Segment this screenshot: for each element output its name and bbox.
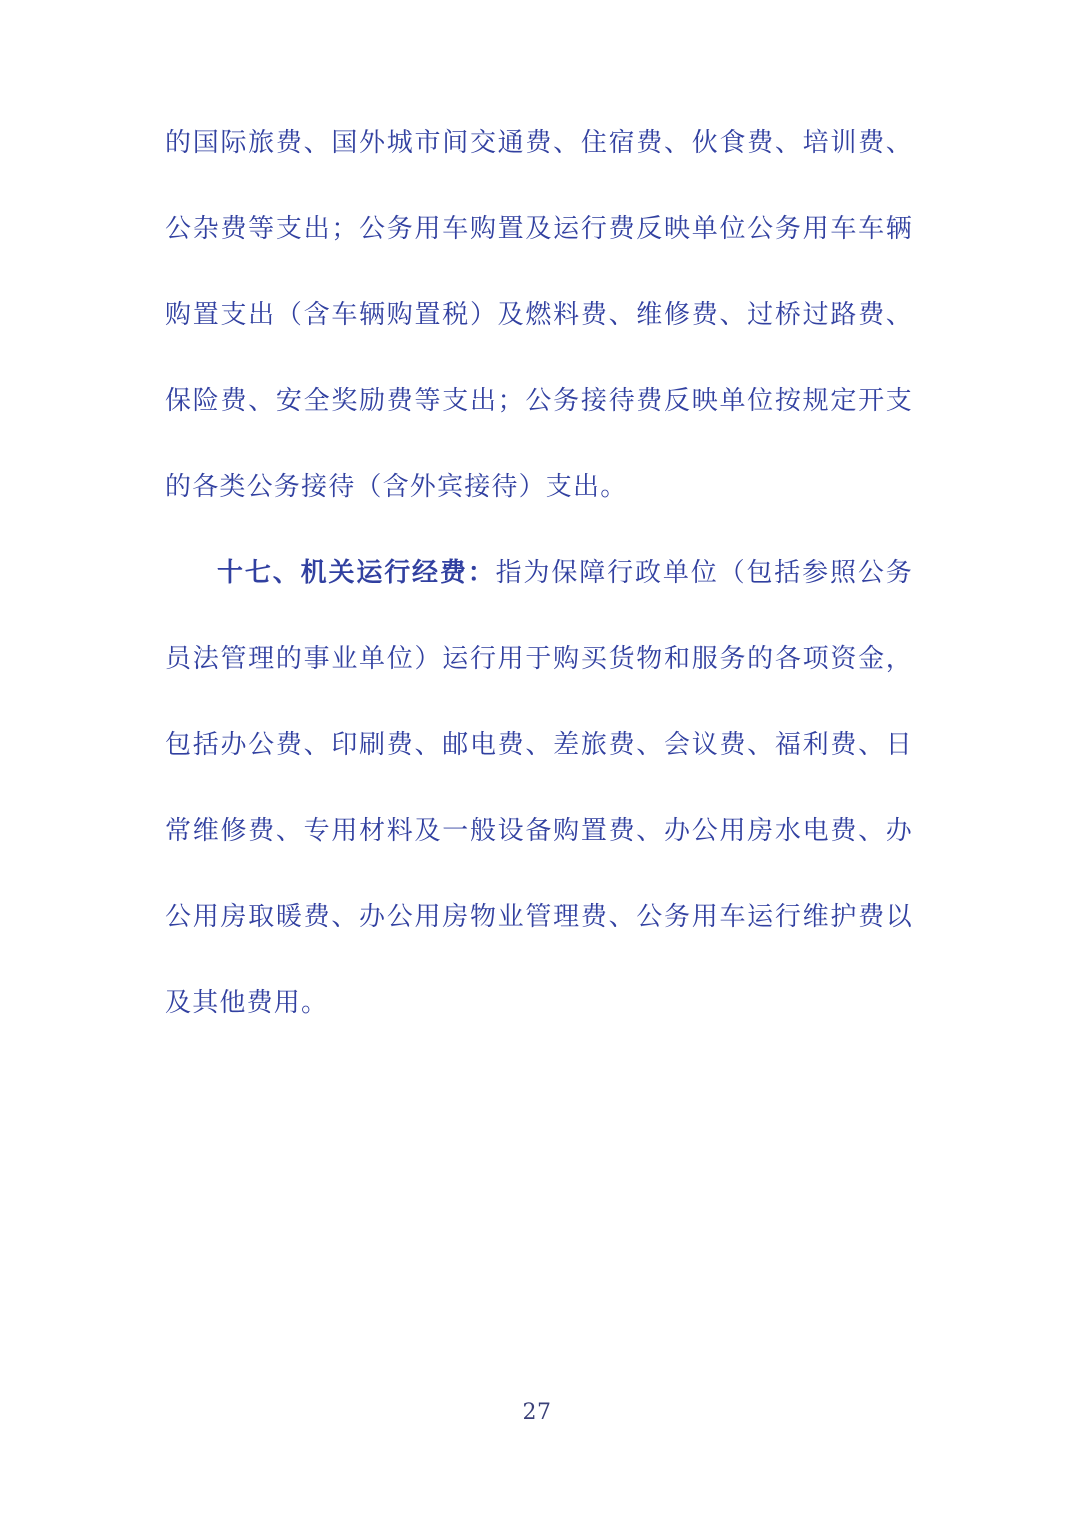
paragraph-agency-operating-expenses: 十七、机关运行经费：指为保障行政单位（包括参照公务员法管理的事业单位）运行用于购… [165,530,913,1046]
document-body: 的国际旅费、国外城市间交通费、住宿费、伙食费、培训费、公杂费等支出；公务用车购置… [165,100,913,1046]
paragraph-text: 指为保障行政单位（包括参照公务员法管理的事业单位）运行用于购买货物和服务的各项资… [165,558,913,1018]
paragraph-travel-vehicle-reception-expenses: 的国际旅费、国外城市间交通费、住宿费、伙食费、培训费、公杂费等支出；公务用车购置… [165,100,913,530]
page-number: 27 [0,1398,1074,1428]
document-page: 的国际旅费、国外城市间交通费、住宿费、伙食费、培训费、公杂费等支出；公务用车购置… [0,0,1074,1520]
paragraph-text: 的国际旅费、国外城市间交通费、住宿费、伙食费、培训费、公杂费等支出；公务用车购置… [165,128,913,502]
paragraph-heading-seventeen: 十七、机关运行经费： [217,558,496,588]
